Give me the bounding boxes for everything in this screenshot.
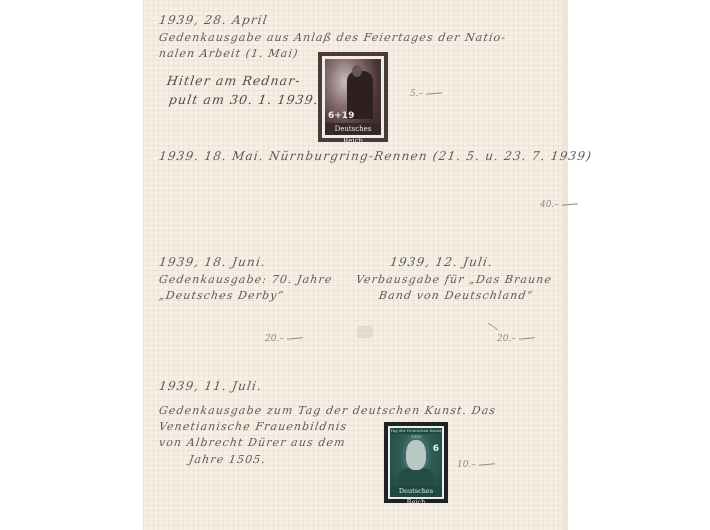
entry-4-desc-line-1: Verbausgabe für „Das Braune xyxy=(355,273,553,286)
entry-1-desc-line-2: nalen Arbeit (1. Mai) xyxy=(158,47,299,60)
entry-1-subtitle-line-2: pult am 30. 1. 1939. xyxy=(168,93,320,106)
entry-1-desc-line-1: Gedenkausgabe aus Anlaß des Feiertages d… xyxy=(158,31,507,44)
entry-5-desc-line-1: Gedenkausgabe zum Tag der deutschen Kuns… xyxy=(158,404,497,417)
entry-3-desc-line-2: „Deutsches Derby“ xyxy=(158,289,285,302)
stamp-1-caption: Deutsches Reich xyxy=(325,123,381,135)
entry-4-desc-line-2: Band von Deutschland“ xyxy=(378,289,534,302)
entry-1-subtitle-line-1: Hitler am Rednar- xyxy=(166,74,302,87)
entry-2-price: 40.– xyxy=(540,200,578,210)
stamp-venetian-woman[interactable]: Tag der Deutschen Kunst 1939 6 Deutsches… xyxy=(384,422,448,503)
entry-3-date: 1939, 18. Juni. xyxy=(158,256,267,269)
stamp-1-image: 6+19 Deutsches Reich xyxy=(325,59,381,135)
entry-5-desc-line-2: Venetianische Frauenbildnis xyxy=(158,420,348,433)
entry-1-price: 5.– xyxy=(410,89,442,99)
stamp-2-value: 6 xyxy=(433,444,439,454)
entry-5-date: 1939, 11. Juli. xyxy=(158,380,263,393)
portrait-face xyxy=(406,440,426,470)
paper-smudge xyxy=(357,326,373,338)
entry-4-price: 20.– xyxy=(497,334,535,344)
portrait-body xyxy=(398,468,434,488)
stamp-hitler-rednerpult[interactable]: 6+19 Deutsches Reich xyxy=(318,52,388,142)
entry-2-title: 1939. 18. Mai. Nürnburgring-Rennen (21. … xyxy=(158,150,593,163)
stamp-2-top-text: Tag der Deutschen Kunst 1939 xyxy=(390,428,442,434)
entry-3-desc-line-1: Gedenkausgabe: 70. Jahre xyxy=(158,273,333,286)
entry-5-desc-line-3: von Albrecht Dürer aus dem xyxy=(158,436,346,449)
entry-5-desc-line-4: Jahre 1505. xyxy=(188,453,267,466)
stamp-2-image: Tag der Deutschen Kunst 1939 6 Deutsches… xyxy=(390,428,442,497)
stamp-1-value: 6+19 xyxy=(328,111,354,121)
entry-1-date: 1939, 28. April xyxy=(158,14,269,27)
entry-3-price: 20.– xyxy=(265,334,303,344)
entry-5-price: 10.– xyxy=(457,460,495,470)
entry-4-date: 1939, 12. Juli. xyxy=(389,256,494,269)
speaker-head xyxy=(352,65,362,77)
pencil-tick-mark xyxy=(488,323,498,331)
stamp-2-caption: Deutsches Reich xyxy=(390,486,442,497)
